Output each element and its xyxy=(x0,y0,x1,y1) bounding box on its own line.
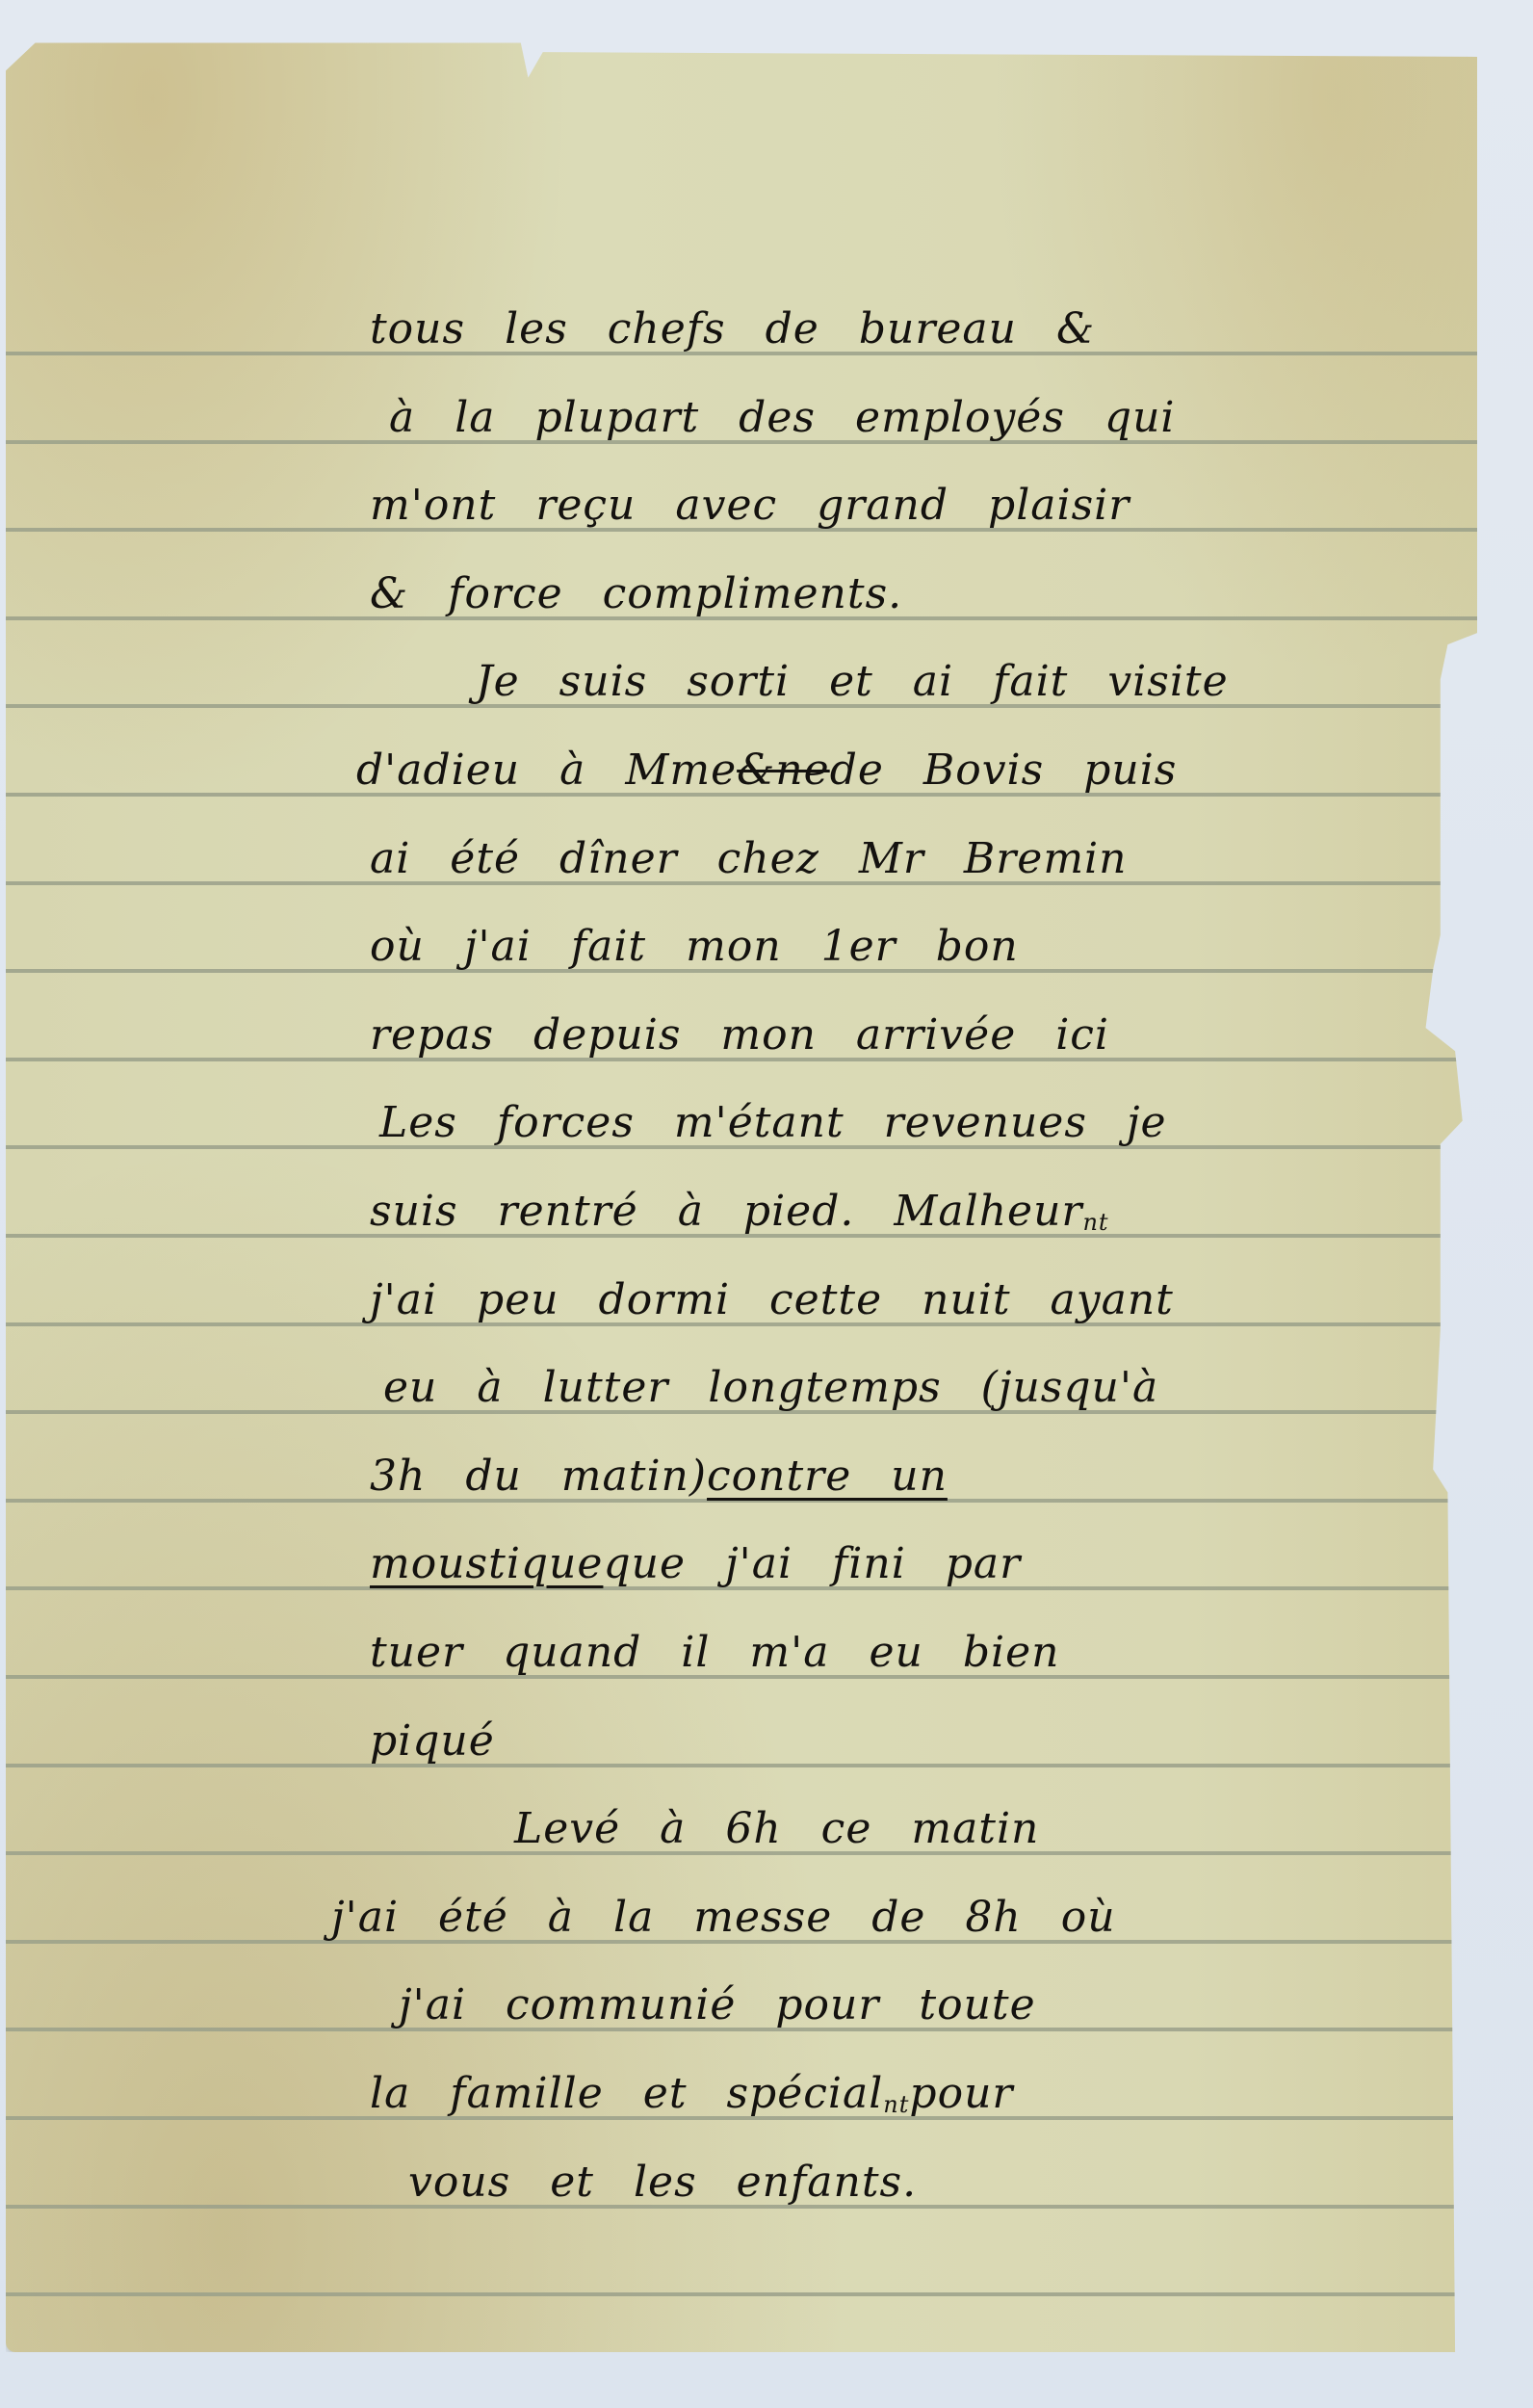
letter-line: vous et les enfants. xyxy=(408,2149,917,2207)
letter-line: Levé à 6h ce matin xyxy=(514,1795,1039,1853)
line-text: Je suis sorti et ai fait visite xyxy=(476,657,1229,706)
letter-line: Je suis sorti et ai fait visite xyxy=(476,648,1229,706)
letter-line: moustique que j'ai fini par xyxy=(370,1531,1021,1588)
letter-line: eu à lutter longtemps (jusqu'à xyxy=(383,1354,1158,1412)
line-text: j'ai été à la messe de 8h où xyxy=(331,1893,1116,1942)
line-text: repas depuis mon arrivée ici xyxy=(370,1010,1109,1060)
letter-line: j'ai communié pour toute xyxy=(399,1972,1036,2029)
line-text: de Bovis puis xyxy=(830,746,1178,795)
line-text: j'ai communié pour toute xyxy=(399,1980,1036,2029)
line-text: & force compliments. xyxy=(370,569,902,618)
line-text: Les forces m'étant revenues je xyxy=(379,1098,1167,1147)
struck-out-word: &ne xyxy=(737,746,830,795)
letter-line: d'adieu à Mme &ne de Bovis puis xyxy=(356,737,1177,795)
line-text: piqué xyxy=(370,1716,495,1766)
line-text: Levé à 6h ce matin xyxy=(514,1804,1039,1853)
line-text: eu à lutter longtemps (jusqu'à xyxy=(383,1363,1158,1412)
line-text: d'adieu à Mme xyxy=(356,746,737,795)
line-text: à la plupart des employés qui xyxy=(389,393,1176,442)
underlined-text: contre un xyxy=(707,1452,948,1501)
line-text: suis rentré à pied. Malheur xyxy=(370,1187,1082,1236)
line-text: que j'ai fini par xyxy=(603,1539,1021,1588)
line-text: où j'ai fait mon 1er bon xyxy=(370,922,1019,971)
letter-line: à la plupart des employés qui xyxy=(389,384,1176,442)
letter-line: j'ai peu dormi cette nuit ayant xyxy=(370,1267,1174,1324)
letter-line: suis rentré à pied. Malheurnt xyxy=(370,1178,1109,1236)
letter-page: tous les chefs de bureau &à la plupart d… xyxy=(6,29,1477,2352)
line-text: m'ont reçu avec grand plaisir xyxy=(370,481,1130,530)
letter-line: 3h du matin) contre un xyxy=(370,1443,948,1501)
line-text: tuer quand il m'a eu bien xyxy=(370,1628,1059,1677)
letter-line: & force compliments. xyxy=(370,561,902,618)
superscript-abbreviation: nt xyxy=(1082,1209,1108,1236)
letter-line: tous les chefs de bureau & xyxy=(370,296,1095,353)
line-text: 3h du matin) xyxy=(370,1452,707,1501)
line-text: tous les chefs de bureau & xyxy=(370,304,1095,353)
letter-line: m'ont reçu avec grand plaisir xyxy=(370,472,1130,530)
ruled-line xyxy=(6,2292,1477,2296)
letter-line: Les forces m'étant revenues je xyxy=(379,1089,1167,1147)
line-text: pour xyxy=(909,2069,1013,2118)
superscript-abbreviation: nt xyxy=(883,2091,909,2118)
line-text: la famille et spécial xyxy=(370,2069,883,2118)
letter-line: piqué xyxy=(370,1708,495,1766)
ruled-line xyxy=(6,1764,1477,1767)
line-text: vous et les enfants. xyxy=(408,2158,917,2207)
line-text: ai été dîner chez Mr Bremin xyxy=(370,834,1127,883)
letter-line: repas depuis mon arrivée ici xyxy=(370,1002,1109,1060)
line-text: j'ai peu dormi cette nuit ayant xyxy=(370,1275,1174,1324)
letter-line: j'ai été à la messe de 8h où xyxy=(331,1884,1116,1942)
underlined-text: moustique xyxy=(370,1539,603,1588)
letter-line: la famille et spécialnt pour xyxy=(370,2060,1013,2118)
letter-line: où j'ai fait mon 1er bon xyxy=(370,913,1019,971)
letter-line: ai été dîner chez Mr Bremin xyxy=(370,825,1127,883)
letter-line: tuer quand il m'a eu bien xyxy=(370,1619,1059,1677)
